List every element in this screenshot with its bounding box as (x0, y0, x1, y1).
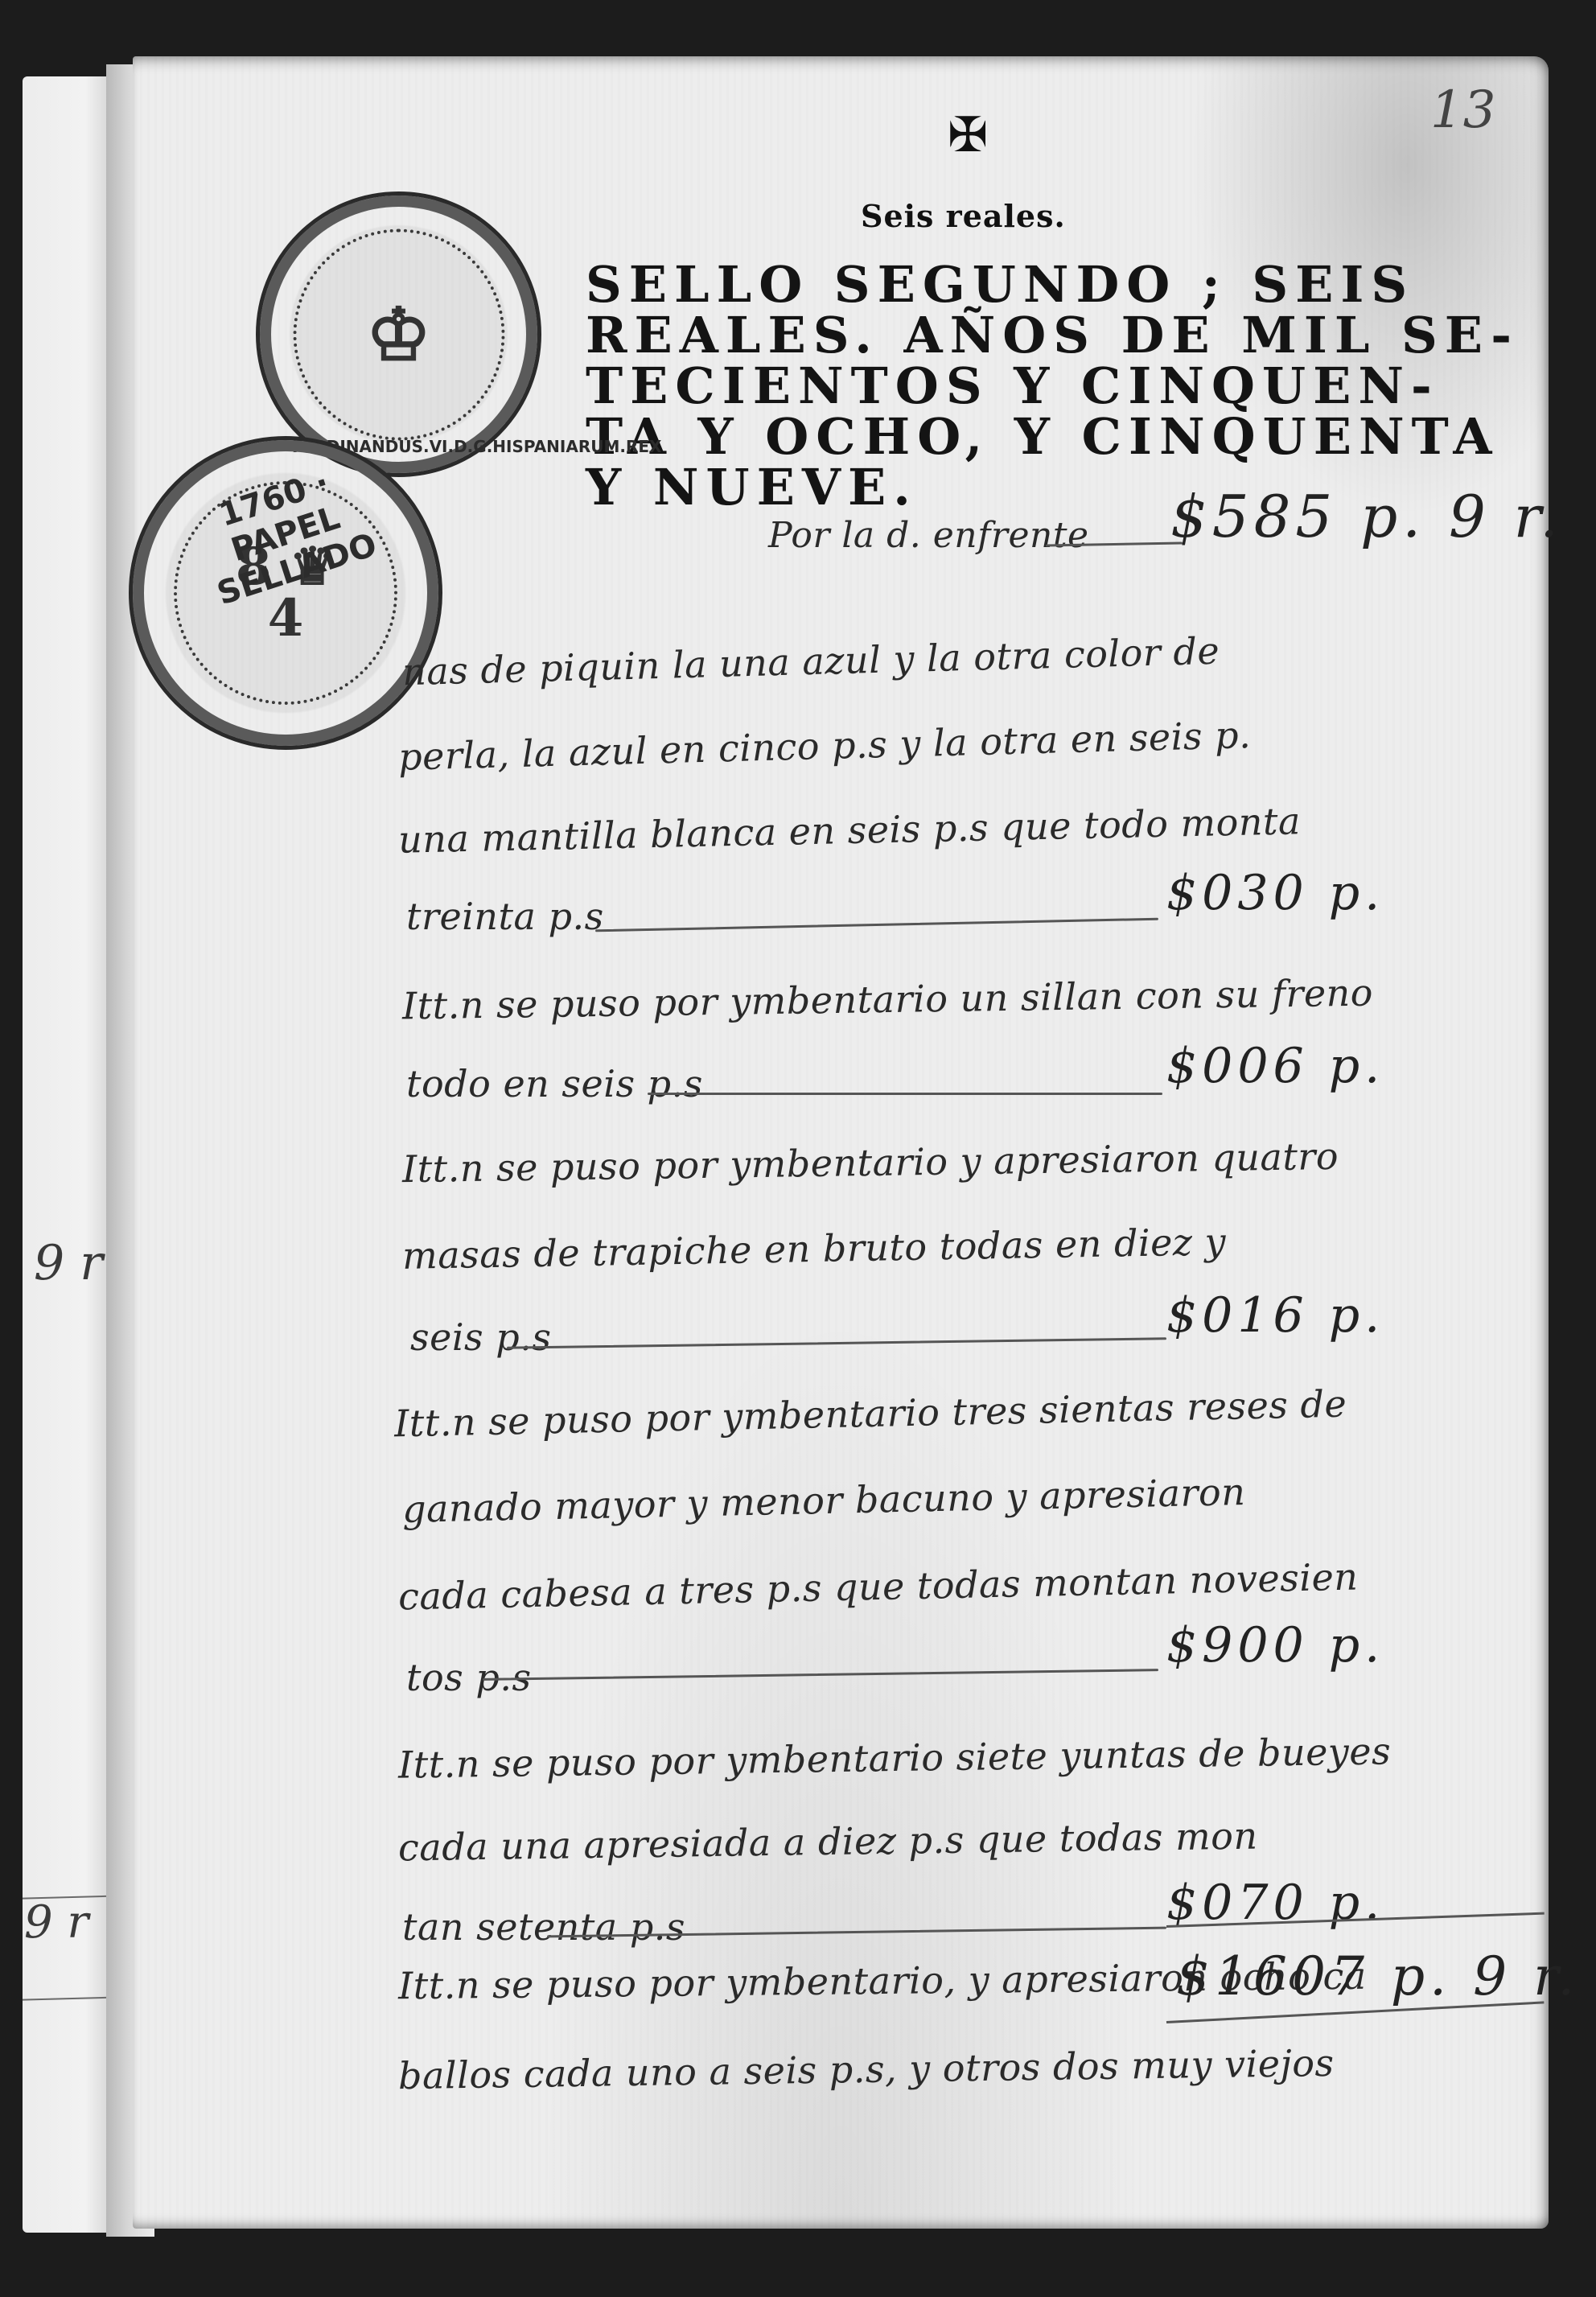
entry-amount: $030 p. (1166, 865, 1384, 921)
entry-amount: $900 p. (1166, 1617, 1384, 1673)
royal-arms-seal: ♔ FERDINANDUS.VI.D.G.HISPANIARUM.REX (256, 191, 541, 477)
coat-of-arms-icon: ♔ (366, 298, 431, 371)
papel-sellado-seal: 8 ♛ 4 1760 · PAPEL SELLADO (129, 436, 442, 750)
entry-line: seis p.s (410, 1315, 551, 1359)
entry-line: treinta p.s (406, 895, 604, 938)
entry-line: todo en seis p.s (406, 1062, 703, 1105)
stamp-line: reales. años de mil se- (586, 310, 1406, 360)
left-margin-mark: 9 r (24, 1896, 88, 1949)
running-total-amount: $1607 p. 9 r. (1176, 1945, 1579, 2007)
entry-amount: $006 p. (1166, 1038, 1384, 1094)
entry-amount: $016 p. (1166, 1287, 1384, 1344)
stamp-line: ta y ocho, y cinquenta (586, 411, 1406, 462)
heading-carried-forward: Por la d. enfrente (768, 515, 1089, 556)
left-facing-page-edge: 9 r 9 r (23, 76, 113, 2233)
stamp-denomination: Seis reales. (861, 198, 1066, 234)
heading-amount: $585 p. 9 r. (1170, 483, 1563, 550)
folio-number: 13 (1430, 80, 1495, 140)
leader-line (648, 1093, 1162, 1095)
left-margin-rule (23, 1996, 119, 2000)
stamp-line: tecientos y cinquen- (586, 360, 1406, 411)
entry-line: tan setenta p.s (402, 1905, 685, 1949)
stamp-line: Sello segundo ; seis (586, 259, 1406, 310)
left-margin-mark: 9 r (34, 1235, 103, 1291)
cross-icon: ✠ (948, 111, 988, 159)
stamp-text-block: Sello segundo ; seis reales. años de mil… (586, 259, 1406, 513)
